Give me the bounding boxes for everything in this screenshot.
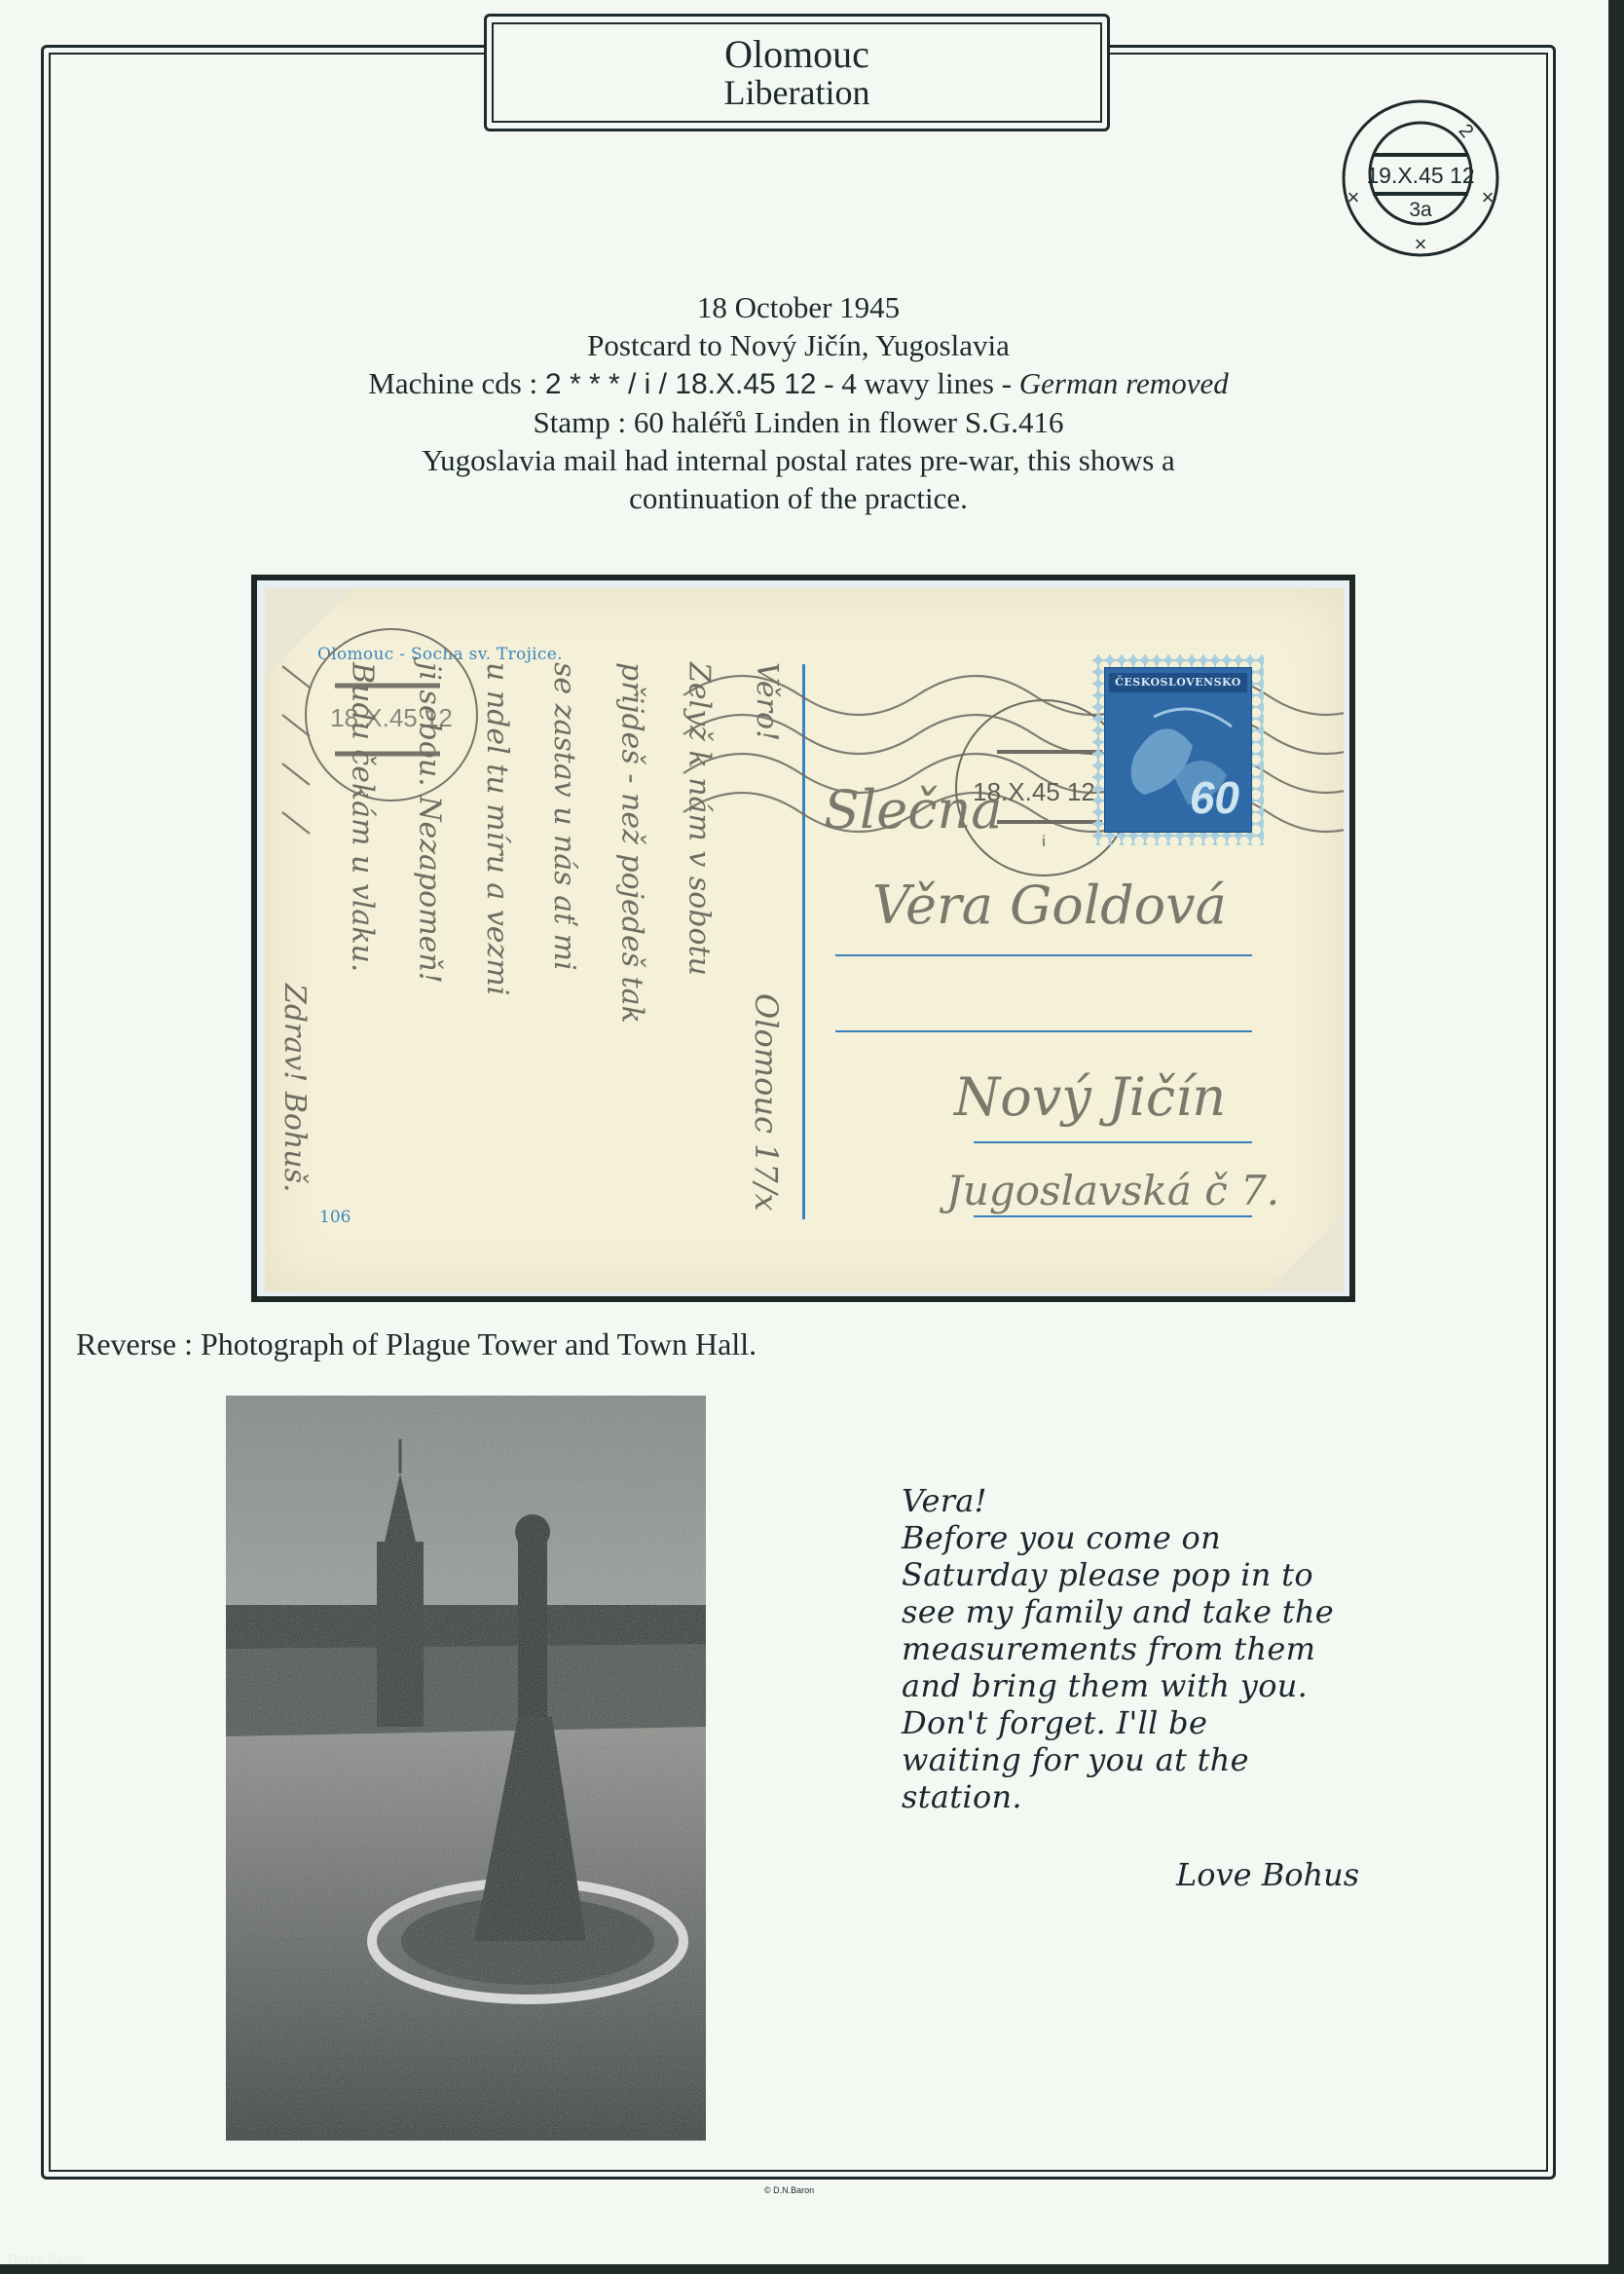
translation-line: see my family and take the xyxy=(902,1593,1334,1630)
stamp-country: ČESKOSLOVENSKO xyxy=(1109,673,1247,692)
translation-line: Before you come on xyxy=(902,1519,1334,1556)
svg-text:i: i xyxy=(1042,834,1046,850)
cancel-note: German removed xyxy=(1019,366,1229,400)
message-line: ji sebou. Nezapomeň! xyxy=(413,662,447,1286)
receiving-postmark: 19.X.45 12 3a 2 × × × xyxy=(1340,97,1501,259)
translation-line: Saturday please pop in to xyxy=(902,1556,1334,1593)
address-line-2: Věra Goldová xyxy=(872,875,1227,936)
copyright-notice: © D.N.Baron xyxy=(764,2185,814,2195)
cancel-detail: - 4 wavy lines - xyxy=(824,366,1012,400)
description-route: Postcard to Nový Jičín, Yugoslavia xyxy=(156,326,1441,364)
translation-line: station. xyxy=(902,1778,1334,1815)
scan-credit: Derek Baron xyxy=(8,2254,84,2268)
translation-signature: Love Bohus xyxy=(1176,1856,1359,1893)
message-line: přijdeš - než pojedeš tak xyxy=(614,662,648,1286)
address-rule-2 xyxy=(835,1030,1252,1032)
postmark-circle-icon: 19.X.45 12 3a 2 × × × xyxy=(1340,97,1501,259)
title-box: Olomouc Liberation xyxy=(484,14,1110,131)
cancel-value: 2 * * * / i / 18.X.45 12 xyxy=(545,368,817,400)
message-signoff: Zdrav! Bohuš. xyxy=(277,662,312,1286)
address-rule-4 xyxy=(974,1215,1252,1217)
address-line-1: Slečna xyxy=(824,779,1002,840)
postcard-message: Věro! Zelyž k nám v sobotu přijdeš - než… xyxy=(277,662,784,1286)
translation-line: Don't forget. I'll be xyxy=(902,1704,1334,1741)
message-line: Zelyž k nám v sobotu xyxy=(683,662,717,1286)
translation-line: Vera! xyxy=(902,1482,1334,1519)
description-date: 18 October 1945 xyxy=(156,288,1441,326)
svg-text:19.X.45 12: 19.X.45 12 xyxy=(1366,163,1474,188)
scan-edge-bottom xyxy=(0,2264,1624,2274)
svg-text:3a: 3a xyxy=(1409,199,1432,221)
stamp-value: 60 xyxy=(1190,771,1239,824)
address-line-3: Nový Jičín xyxy=(954,1066,1226,1128)
svg-text:×: × xyxy=(1415,232,1427,256)
reverse-photograph xyxy=(226,1396,706,2141)
page-subtitle: Liberation xyxy=(724,74,870,111)
reverse-label: Reverse : Photograph of Plague Tower and… xyxy=(76,1326,757,1362)
translation-line: waiting for you at the xyxy=(902,1741,1334,1778)
svg-text:×: × xyxy=(1482,185,1495,209)
scan-edge-right xyxy=(1608,0,1624,2274)
translation-line: measurements from them xyxy=(902,1630,1334,1667)
letter-translation: Vera! Before you come on Saturday please… xyxy=(902,1482,1334,1815)
plague-column-photo-icon xyxy=(226,1396,706,2141)
message-line: se zastav u nás ať mi xyxy=(547,662,581,1286)
stamp-linden: ČESKOSLOVENSKO 60 xyxy=(1104,667,1252,833)
cancel-label: Machine cds : xyxy=(368,366,537,400)
translation-line: and bring them with you. xyxy=(902,1667,1334,1704)
address-line-4: Jugoslavská č 7. xyxy=(946,1167,1279,1214)
message-line: Budu čekám u vlaku. xyxy=(345,662,379,1286)
description-cancel: Machine cds : 2 * * * / i / 18.X.45 12 -… xyxy=(156,364,1441,403)
svg-text:×: × xyxy=(1347,185,1360,209)
message-line: u ndel tu míru a vezmi xyxy=(480,662,514,1286)
description-note-1: Yugoslavia mail had internal postal rate… xyxy=(156,441,1441,479)
description-note-2: continuation of the practice. xyxy=(156,479,1441,517)
cover-description: 18 October 1945 Postcard to Nový Jičín, … xyxy=(156,288,1441,517)
description-stamp: Stamp : 60 haléřů Linden in flower S.G.4… xyxy=(156,403,1441,441)
place-date: Olomouc 17/x xyxy=(748,993,785,1212)
address-rule-1 xyxy=(835,954,1252,956)
page-title: Olomouc xyxy=(724,35,869,74)
address-rule-3 xyxy=(974,1141,1252,1143)
